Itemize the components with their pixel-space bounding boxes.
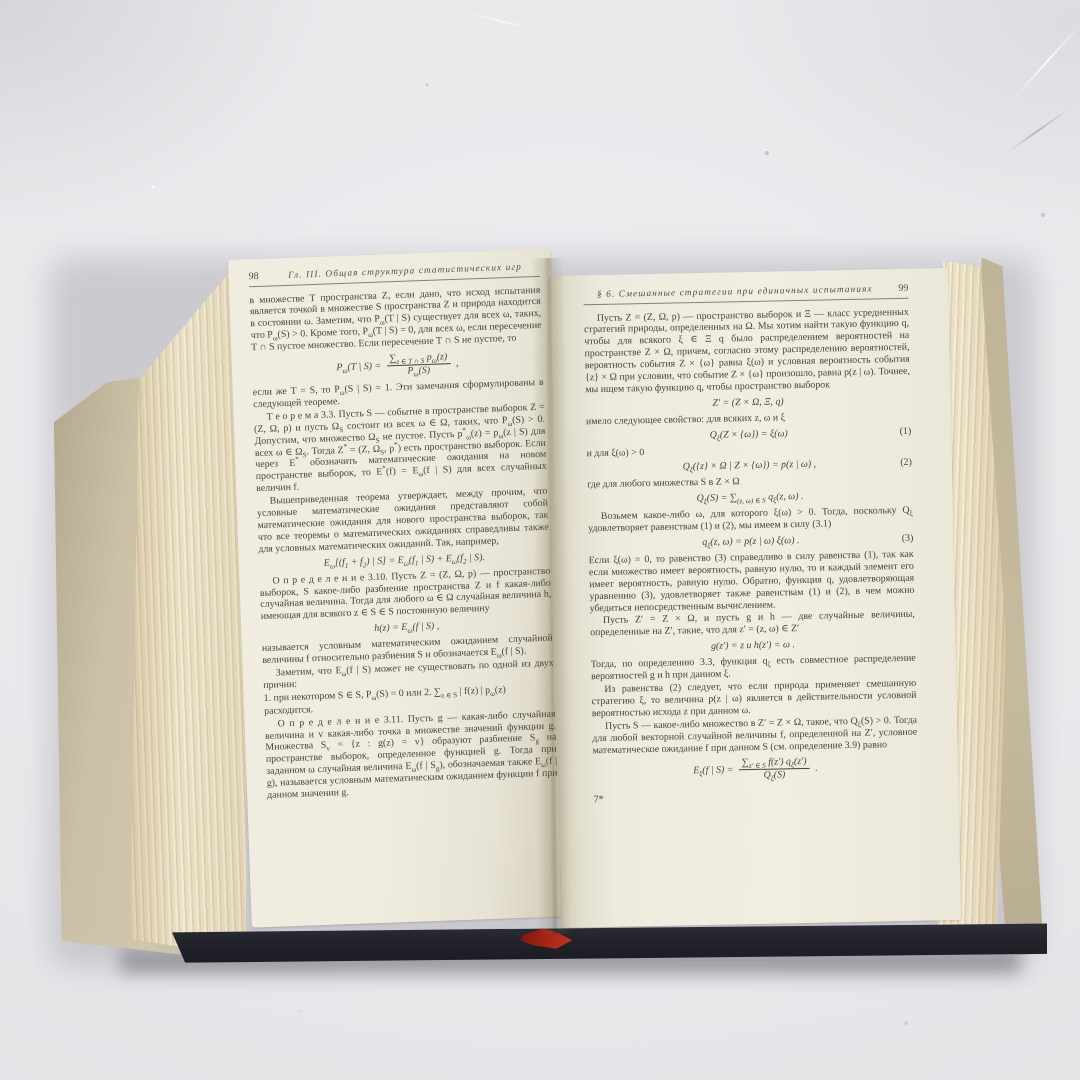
photo-stage: 98 Гл. III. Общая структура статистическ… — [0, 0, 1080, 1080]
paragraph: в множестве T пространства Z, если дано,… — [249, 284, 542, 354]
display-formula: g(z′) = z и h(z′) = ω . — [590, 637, 915, 655]
paragraph: имело следующее свойство: для всяких z, … — [586, 410, 911, 428]
paragraph: Пусть S — какое-либо множество в Z′ = Z … — [592, 714, 918, 756]
paragraph: Из равенства (2) следует, что если приро… — [591, 678, 917, 720]
surface-specks — [0, 0, 2, 2]
display-formula: Qξ(Z × {ω}) = ξ(ω)(1) — [586, 425, 911, 443]
left-running-head: 98 Гл. III. Общая структура статистическ… — [248, 261, 539, 287]
equation-number: (3) — [902, 533, 914, 545]
display-formula: Qξ({z} × Ω | Z × {ω}) = p(z | ω) ,(2) — [587, 457, 912, 475]
paragraph: где для любого множества S в Z × Ω — [587, 473, 912, 491]
book-gutter-shadow — [530, 258, 571, 934]
display-formula-fraction: Eξ(f | S) = ∑z′ ∈ S f(z′) qξ(z′)Qξ(S) . — [593, 754, 918, 786]
left-page-number: 98 — [248, 270, 270, 282]
signature-mark: 7* — [593, 788, 918, 806]
paragraph: Если ξ(ω) = 0, то равенство (3) справедл… — [589, 549, 915, 615]
equation-number: (2) — [900, 457, 912, 469]
right-page-text: Пусть Z = (Z, Ω, p) — пространство выбор… — [584, 306, 918, 785]
equation-number: (1) — [900, 425, 912, 437]
right-page-number: 99 — [886, 283, 908, 294]
paragraph: Пусть Z = (Z, Ω, p) — пространство выбор… — [584, 306, 911, 396]
paragraph: Т е о р е м а 3.3. Пусть S — событие в п… — [253, 402, 547, 496]
paragraph: Пусть Z′ = Z × Ω, и пусть g и h — две сл… — [590, 609, 915, 639]
left-page-text: в множестве T пространства Z, если дано,… — [249, 284, 558, 802]
right-section-title: § 6. Смешанные стратегии при единичных и… — [583, 284, 886, 300]
paragraph: О п р е д е л е н и е 3.11. Пусть g — ка… — [264, 708, 558, 802]
paragraph: Возьмем какое-либо ω, для которого ξ(ω) … — [588, 505, 913, 535]
right-page: § 6. Смешанные стратегии при единичных и… — [549, 268, 961, 928]
paragraph: и для ξ(ω) > 0 — [586, 441, 911, 459]
display-formula: qξ(z, ω) = p(z | ω) ξ(ω) .(3) — [588, 533, 913, 551]
left-chapter-title: Гл. III. Общая структура статистических … — [270, 262, 539, 282]
display-formula: Qξ(S) = ∑(z, ω) ∈ S qξ(z, ω) . — [587, 489, 912, 507]
paragraph: Вышеприведенная теорема утверждает, межд… — [256, 486, 549, 556]
display-formula: Z′ = (Z × Ω, Ξ, q) — [585, 394, 910, 412]
left-page: 98 Гл. III. Общая структура статистическ… — [228, 248, 574, 927]
right-running-head: § 6. Смешанные стратегии при единичных и… — [583, 283, 908, 305]
paragraph: О п р е д е л е н и е 3.10. Пусть Z = (Z… — [259, 565, 552, 623]
